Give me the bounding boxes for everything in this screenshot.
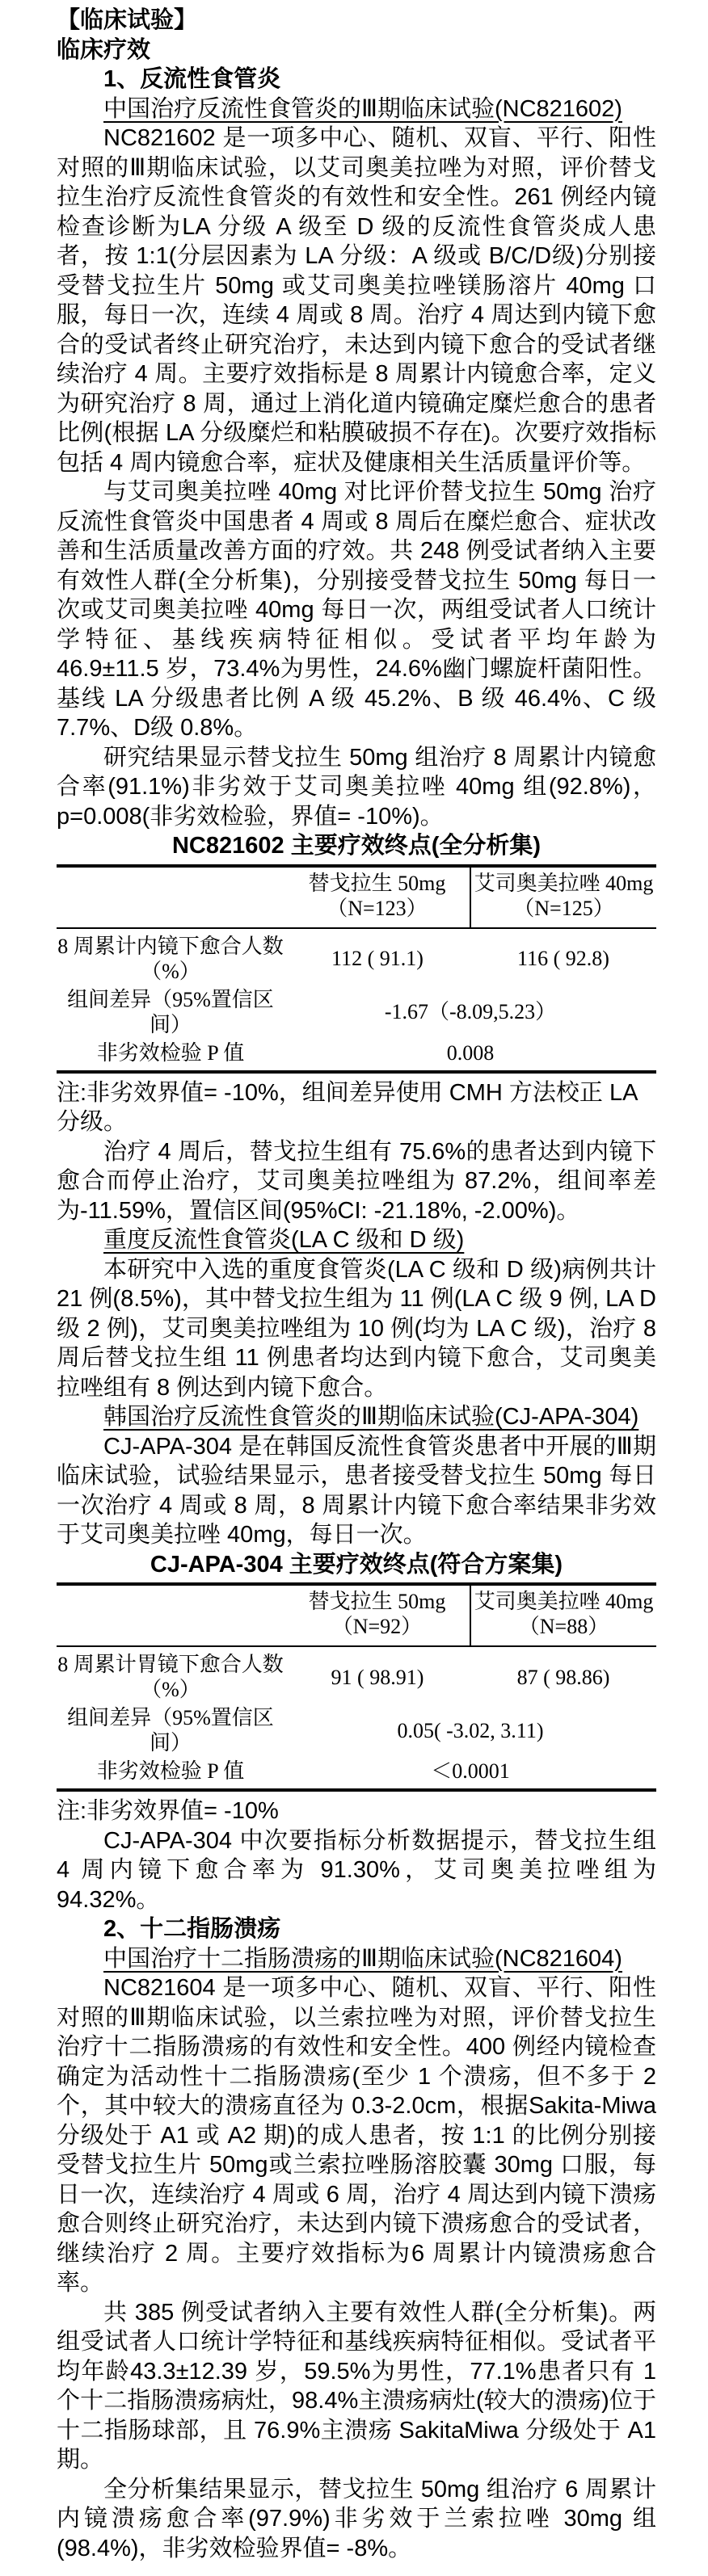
section-title: 【临床试验】 — [57, 6, 656, 36]
table2-row2-label: 组间差异（95%置信区间） — [57, 1704, 284, 1757]
table1-row2-value: -1.67（-8.09,5.23） — [284, 985, 656, 1039]
paragraph-cj-apa-304: CJ-APA-304 是在韩国反流性食管炎患者中开展的Ⅲ期临床试验，试验结果显示… — [57, 1432, 656, 1550]
paragraph-severe-cases: 本研究中入选的重度食管炎(LA C 级和 D 级)病例共计 21 例(8.5%)… — [57, 1255, 656, 1403]
table-cj-apa-304-primary-endpoint: 替戈拉生 50mg （N=92） 艾司奥美拉唑 40mg （N=88） 8 周累… — [57, 1582, 656, 1792]
heading-duodenal-ulcer: 2、十二指肠溃疡 — [57, 1914, 656, 1944]
drug-label-clinical-trials-page: 【临床试验】 临床疗效 1、反流性食管炎 中国治疗反流性食管炎的Ⅲ期临床试验(N… — [0, 0, 708, 2576]
table1-row3-value: 0.008 — [284, 1039, 656, 1072]
table2-row3-label: 非劣效检验 P 值 — [57, 1757, 284, 1790]
table2-col2-drug: 艾司奥美拉唑 40mg — [471, 1589, 656, 1614]
table-row: 组间差异（95%置信区间） 0.05( -3.02, 3.11) — [57, 1704, 656, 1757]
table1-col1-n: （N=123） — [284, 896, 470, 921]
table1-header-row: 替戈拉生 50mg （N=123） 艾司奥美拉唑 40mg （N=125） — [57, 866, 656, 928]
table1-row1-value2: 116 ( 92.8) — [470, 928, 656, 985]
table-row: 组间差异（95%置信区间） -1.67（-8.09,5.23） — [57, 985, 656, 1039]
table-row: 8 周累计内镜下愈合人数（%） 112 ( 91.1) 116 ( 92.8) — [57, 928, 656, 985]
heading-reflux-esophagitis: 1、反流性食管炎 — [57, 65, 656, 95]
table2-header-esomeprazole: 艾司奥美拉唑 40mg （N=88） — [470, 1584, 656, 1646]
table2-col2-n: （N=88） — [471, 1614, 656, 1639]
table-nc821602-primary-endpoint: 替戈拉生 50mg （N=123） 艾司奥美拉唑 40mg （N=125） 8 … — [57, 864, 656, 1074]
heading-kr-trial-cj-apa-304: 韩国治疗反流性食管炎的Ⅲ期临床试验(CJ-APA-304) — [57, 1402, 656, 1432]
table1-row3-label: 非劣效检验 P 值 — [57, 1039, 284, 1072]
table-row: 非劣效检验 P 值 0.008 — [57, 1039, 656, 1072]
heading-cn-trial-nc821602: 中国治疗反流性食管炎的Ⅲ期临床试验(NC821602) — [57, 95, 656, 124]
table1-col2-drug: 艾司奥美拉唑 40mg — [471, 871, 656, 896]
table1-header-esomeprazole: 艾司奥美拉唑 40mg （N=125） — [470, 866, 656, 928]
table2-col1-drug: 替戈拉生 50mg — [284, 1589, 470, 1614]
paragraph-cj-apa-304-secondary: CJ-APA-304 中次要指标分析数据提示，替戈拉生组 4 周内镜下愈合率为 … — [57, 1826, 656, 1915]
paragraph-week4-result: 治疗 4 周后，替戈拉生组有 75.6%的患者达到内镜下愈合而停止治疗，艾司奥美… — [57, 1137, 656, 1226]
paragraph-nc821602-population: 与艾司奥美拉唑 40mg 对比评价替戈拉生 50mg 治疗反流性食管炎中国患者 … — [57, 477, 656, 743]
table1-col2-n: （N=125） — [471, 896, 656, 921]
table1-row2-label: 组间差异（95%置信区间） — [57, 985, 284, 1039]
heading-severe-reflux: 重度反流性食管炎(LA C 级和 D 级) — [57, 1225, 656, 1255]
paragraph-nc821602-design: NC821602 是一项多中心、随机、双盲、平行、阳性对照的Ⅲ期临床试验，以艾司… — [57, 124, 656, 477]
table2-header-empty-cell — [57, 1584, 284, 1646]
table2-footnote: 注:非劣效界值= -10% — [57, 1796, 656, 1826]
subsection-title-clinical-efficacy: 临床疗效 — [57, 36, 656, 65]
table1-row1-label: 8 周累计内镜下愈合人数（%） — [57, 928, 284, 985]
table1-header-tegoprazan: 替戈拉生 50mg （N=123） — [284, 866, 470, 928]
table2-row2-value: 0.05( -3.02, 3.11) — [284, 1704, 656, 1757]
table2-col1-n: （N=92） — [284, 1614, 470, 1639]
table-row: 非劣效检验 P 值 ＜0.0001 — [57, 1757, 656, 1790]
table2-header-row: 替戈拉生 50mg （N=92） 艾司奥美拉唑 40mg （N=88） — [57, 1584, 656, 1646]
table-row: 8 周累计胃镜下愈合人数（%） 91 ( 98.91) 87 ( 98.86) — [57, 1646, 656, 1704]
table2-title: CJ-APA-304 主要疗效终点(符合方案集) — [57, 1550, 656, 1580]
paragraph-nc821604-design: NC821604 是一项多中心、随机、双盲、平行、阳性对照的Ⅲ期临床试验，以兰索… — [57, 1973, 656, 2298]
paragraph-nc821602-result: 研究结果显示替戈拉生 50mg 组治疗 8 周累计内镜愈合率(91.1%)非劣效… — [57, 743, 656, 832]
table2-row3-value: ＜0.0001 — [284, 1757, 656, 1790]
table2-row1-value2: 87 ( 98.86) — [470, 1646, 656, 1704]
table1-footnote: 注:非劣效界值= -10%，组间差异使用 CMH 方法校正 LA 分级。 — [57, 1078, 656, 1137]
paragraph-nc821604-population: 共 385 例受试者纳入主要有效性人群(全分析集)。两组受试者人口统计学特征和基… — [57, 2298, 656, 2475]
heading-cn-trial-nc821604: 中国治疗十二指肠溃疡的Ⅲ期临床试验(NC821604) — [57, 1944, 656, 1974]
table2-row1-value1: 91 ( 98.91) — [284, 1646, 470, 1704]
table1-header-empty-cell — [57, 866, 284, 928]
table2-row1-label: 8 周累计胃镜下愈合人数（%） — [57, 1646, 284, 1704]
paragraph-nc821604-result: 全分析集结果显示，替戈拉生 50mg 组治疗 6 周累计内镜溃疡愈合率(97.9… — [57, 2475, 656, 2564]
table2-header-tegoprazan: 替戈拉生 50mg （N=92） — [284, 1584, 470, 1646]
table1-title: NC821602 主要疗效终点(全分析集) — [57, 831, 656, 861]
table1-row1-value1: 112 ( 91.1) — [284, 928, 470, 985]
table1-col1-drug: 替戈拉生 50mg — [284, 871, 470, 896]
